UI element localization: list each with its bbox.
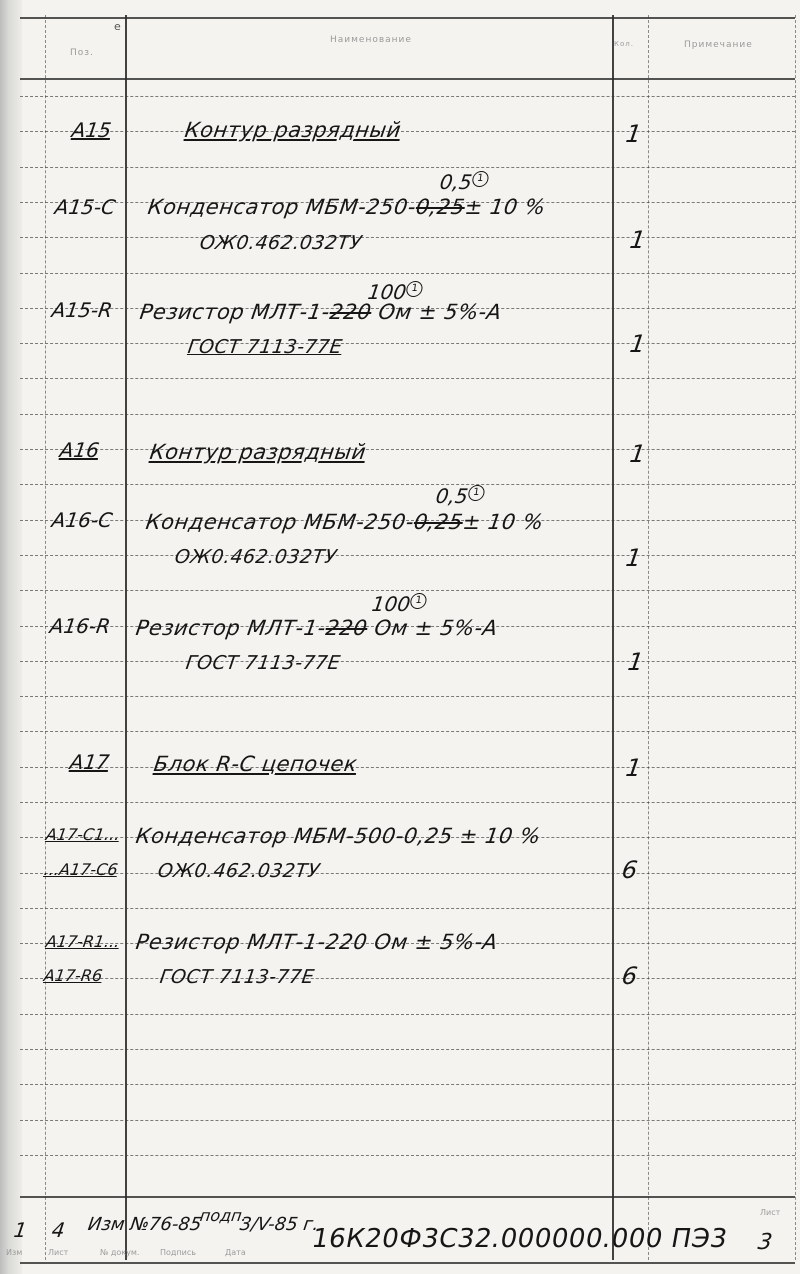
row-rule	[20, 1155, 795, 1156]
row-rule	[20, 555, 795, 556]
row-name: Конденсатор МБМ-250-0,25± 10 %	[144, 510, 545, 534]
row-qty: 1	[626, 648, 645, 676]
row-rule	[20, 767, 795, 768]
row-ref: A17-C1...	[45, 825, 121, 844]
footer-sheet-count: 4	[50, 1218, 66, 1242]
row-rule	[20, 1049, 795, 1050]
row-rule	[20, 273, 795, 274]
row-qty: 1	[624, 120, 643, 148]
row-ref: A17-R1...	[45, 932, 121, 951]
row-qty: 1	[628, 226, 647, 254]
correction-value: 0,51	[438, 170, 489, 194]
row-rule	[20, 590, 795, 591]
row-spec: ОЖ0.462.032ТУ	[156, 860, 321, 882]
header-col-qty: Кол.	[614, 40, 634, 48]
row-rule	[20, 96, 795, 97]
footer-top-rule	[20, 1196, 795, 1198]
row-rule	[20, 343, 795, 344]
row-name: Резистор МЛТ-1-220 Ом ± 5%-А	[134, 616, 499, 640]
row-ref: A15-R	[50, 298, 114, 322]
row-rule	[20, 696, 795, 697]
row-rule	[20, 378, 795, 379]
row-qty: 6	[620, 962, 639, 990]
row-ref: A17	[68, 750, 111, 774]
header-bottom-rule	[20, 78, 795, 80]
row-name: Резистор МЛТ-1-220 Ом ± 5%-А	[134, 930, 499, 954]
row-name: Блок R-C цепочек	[152, 752, 359, 776]
header-top-rule	[20, 17, 795, 19]
row-rule	[20, 131, 795, 132]
header-col-ref: Поз.	[70, 48, 94, 58]
footer-date: 3/V-85 г.	[239, 1214, 321, 1235]
header-col-name: Наименование	[330, 35, 412, 45]
row-rule	[20, 414, 795, 415]
correction-mark-icon: 1	[405, 281, 423, 297]
row-spec: ОЖ0.462.032ТУ	[173, 546, 338, 568]
row-ref: A16	[58, 438, 101, 462]
footer-bottom-rule	[20, 1262, 795, 1264]
corner-mark: е	[114, 20, 122, 33]
row-rule	[20, 802, 795, 803]
row-spec: ГОСТ 7113-77Е	[184, 652, 341, 674]
document-number: 16К20Ф3С32.000000.000 ПЭ3	[309, 1224, 730, 1254]
row-rule	[20, 167, 795, 168]
column-divider	[795, 15, 796, 1260]
row-rule	[20, 978, 795, 979]
row-name: Конденсатор МБМ-250-0,25± 10 %	[146, 195, 547, 219]
row-rule	[20, 449, 795, 450]
row-rule	[20, 1014, 795, 1015]
row-ref-end: A17-R6	[43, 966, 104, 985]
correction-mark-icon: 1	[409, 593, 427, 609]
row-ref: A15-C	[53, 195, 117, 219]
row-spec: ГОСТ 7113-77Е	[158, 966, 315, 988]
row-rule	[20, 237, 795, 238]
correction-mark-icon: 1	[467, 485, 485, 501]
footer-label-docno: № докум.	[100, 1248, 139, 1257]
row-name: Резистор МЛТ-1-220 Ом ± 5%-А	[138, 300, 503, 324]
footer-sheet-number: 3	[756, 1230, 774, 1255]
row-ref: A15	[70, 118, 113, 142]
row-qty: 1	[624, 754, 643, 782]
row-spec: ГОСТ 7113-77Е	[186, 336, 343, 358]
correction-value: 1001	[370, 592, 428, 616]
row-spec: ОЖ0.462.032ТУ	[198, 232, 363, 254]
row-rule	[20, 1084, 795, 1085]
row-name: Контур разрядный	[183, 118, 402, 142]
row-qty: 1	[628, 440, 647, 468]
correction-value: 0,51	[434, 484, 485, 508]
footer-label-sheet: Лист	[48, 1248, 68, 1257]
row-qty: 1	[624, 544, 643, 572]
row-rule	[20, 731, 795, 732]
correction-mark-icon: 1	[471, 171, 489, 187]
row-name: Контур разрядный	[148, 440, 367, 464]
header-col-note: Примечание	[684, 40, 753, 50]
row-rule	[20, 661, 795, 662]
row-rule	[20, 908, 795, 909]
footer-label-date: Дата	[225, 1248, 246, 1257]
scan-shadow-edge	[0, 0, 22, 1274]
footer-label-signature: Подпись	[160, 1248, 196, 1257]
row-ref: A16-C	[50, 508, 114, 532]
footer-label-change: Изм	[6, 1248, 22, 1257]
row-rule	[20, 1120, 795, 1121]
row-name: Конденсатор МБМ-500-0,25 ± 10 %	[134, 824, 542, 848]
footer-sheet-label: Лист	[760, 1208, 780, 1217]
footer-change: 1	[12, 1218, 28, 1242]
row-rule	[20, 873, 795, 874]
row-ref: A16-R	[48, 614, 112, 638]
row-ref-end: ...A17-C6	[43, 860, 119, 879]
row-qty: 1	[628, 330, 647, 358]
row-qty: 6	[620, 856, 639, 884]
row-rule	[20, 484, 795, 485]
footer-notice-no: Изм №76-85	[87, 1214, 203, 1235]
